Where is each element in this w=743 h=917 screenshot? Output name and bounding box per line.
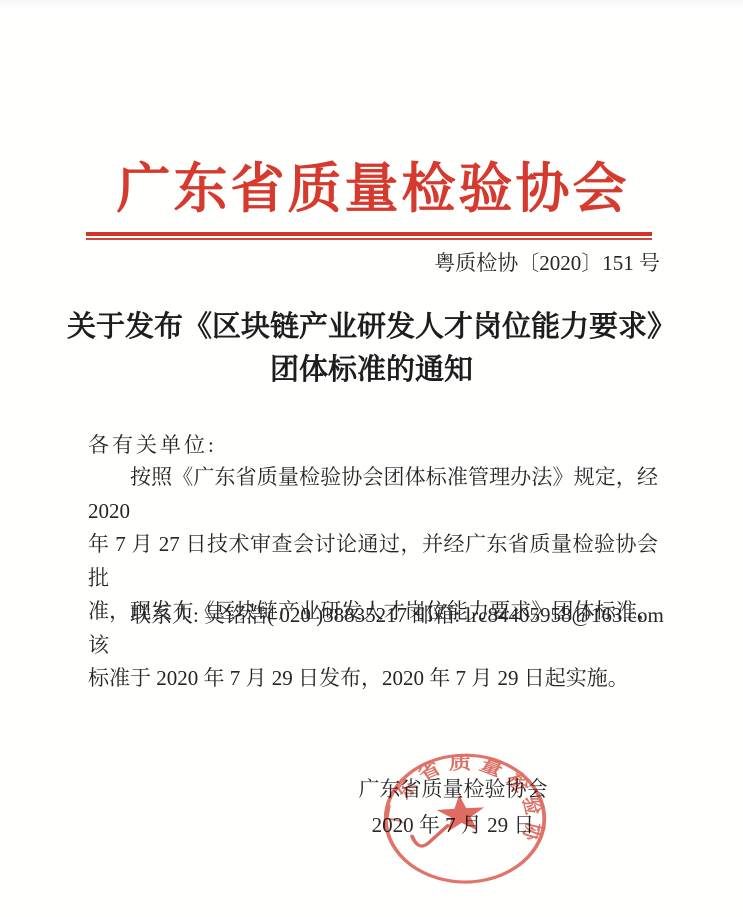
seal-star-icon [435, 793, 486, 832]
red-rule-thin-line [86, 238, 652, 240]
org-letterhead-title: 广东省质量检验协会 [0, 146, 743, 223]
notice-title-line1: 关于发布《区块链产业研发人才岗位能力要求》 [30, 306, 713, 349]
salutation: 各有关单位: [88, 429, 217, 459]
contact-info: 联系人: 吴铭浩( 020 )38835217 邮箱: lrc84405958@… [88, 599, 668, 629]
notice-title: 关于发布《区块链产业研发人才岗位能力要求》 团体标准的通知 [30, 306, 713, 392]
red-divider-rule [86, 232, 652, 240]
body-line: 年 7 月 27 日技术审查会讨论通过，并经广东省质量检验协会批 [88, 528, 658, 595]
body-line: 标准于 2020 年 7 月 29 日发布，2020 年 7 月 29 日起实施… [88, 662, 658, 696]
notice-title-line2: 团体标准的通知 [30, 349, 713, 392]
document-number: 粤质检协〔2020〕151 号 [434, 247, 660, 277]
official-seal-stamp: 广东省质量检验协会 [378, 749, 552, 888]
document-page: 广东省质量检验协会 粤质检协〔2020〕151 号 关于发布《区块链产业研发人才… [0, 0, 743, 917]
svg-text:广东省质量检验协会: 广东省质量检验协会 [378, 749, 552, 849]
body-line: 按照《广东省质量检验协会团体标准管理办法》规定，经 2020 [88, 461, 658, 528]
scan-edge [0, 0, 743, 9]
body-paragraph: 按照《广东省质量检验协会团体标准管理办法》规定，经 2020 年 7 月 27 … [88, 461, 658, 696]
seal-text: 广东省质量检验协会 [378, 749, 552, 849]
seal-check-mark [410, 821, 448, 849]
